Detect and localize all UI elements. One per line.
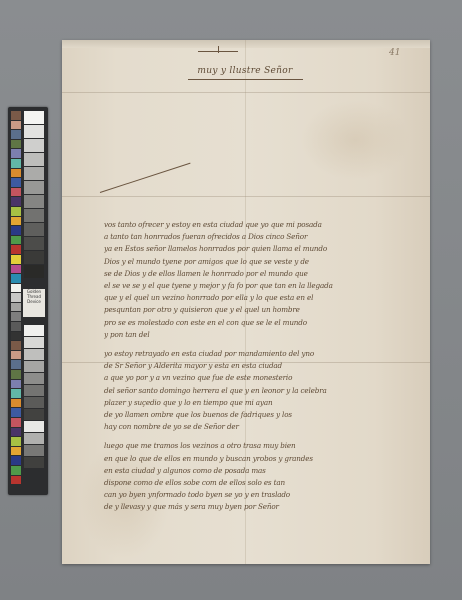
color-patch [11, 341, 21, 351]
gray-patch [24, 385, 44, 397]
gray-patch [24, 139, 44, 153]
color-patch [11, 293, 21, 303]
page-number: 41 [389, 48, 400, 58]
gray-patch [24, 195, 44, 209]
gray-patch [24, 181, 44, 195]
fold-line [62, 92, 430, 93]
gray-patch [24, 349, 44, 361]
text-line: luego que me tramos los vezinos a otro t… [104, 440, 409, 452]
color-patch [11, 332, 21, 342]
color-patch [11, 370, 21, 380]
color-calibration-target: Golden Thread Device [8, 107, 48, 495]
color-patch [11, 456, 21, 466]
color-patch [11, 188, 21, 198]
text-line: el se ve se y el que tyene y mejor y fa … [104, 280, 409, 292]
color-patch [11, 284, 21, 294]
heading-underline [188, 79, 303, 80]
text-line: en que lo que de ellos en mundo y buscan… [104, 453, 409, 465]
gray-patch [24, 361, 44, 373]
color-patch [11, 140, 21, 150]
gray-patch [24, 125, 44, 139]
color-patch [11, 178, 21, 188]
color-patch [11, 351, 21, 361]
color-patch [11, 255, 21, 265]
text-line: pro se es molestado con este en el con q… [104, 317, 409, 329]
text-line: a que yo por y a vn vezino que fue de es… [104, 372, 409, 384]
gray-patch [24, 265, 44, 279]
color-patch [11, 159, 21, 169]
text-line: a tanto tan honrrados fueran ofrecidos a… [104, 231, 409, 243]
paragraph-gap [104, 341, 409, 348]
color-patch [11, 428, 21, 438]
gray-patch [24, 223, 44, 237]
fold-line [62, 196, 430, 197]
gray-patch [24, 421, 44, 433]
color-patch [11, 169, 21, 179]
text-line: yo estoy retrayado en esta ciudad por ma… [104, 348, 409, 360]
gray-patch [24, 209, 44, 223]
color-patch [11, 130, 21, 140]
color-patch [11, 121, 21, 131]
text-line: del señor santo domingo herrera el que y… [104, 385, 409, 397]
color-patch [11, 245, 21, 255]
text-line: can yo byen ynformado todo byen se yo y … [104, 489, 409, 501]
gray-patch [24, 457, 44, 469]
color-patch [11, 437, 21, 447]
paper-stain [300, 100, 410, 180]
paragraph-2: yo estoy retrayado en esta ciudad por ma… [104, 348, 409, 433]
paper-top-edge [62, 40, 430, 48]
salutation-heading: muy y llustre Señor [180, 66, 310, 76]
gray-patch [24, 237, 44, 251]
color-patch-column [11, 111, 21, 485]
text-line: plazer y suçedio que y lo en tiempo que … [104, 397, 409, 409]
color-patch [11, 274, 21, 284]
color-patch [11, 149, 21, 159]
color-patch [11, 226, 21, 236]
target-label: Golden Thread Device [23, 289, 45, 317]
color-patch [11, 447, 21, 457]
color-patch [11, 380, 21, 390]
text-line: de Sr Señor y Alderita mayor y esta en e… [104, 360, 409, 372]
letter-body: vos tanto ofrecer y estoy en esta ciudad… [104, 219, 409, 514]
gray-patch [24, 445, 44, 457]
color-patch [11, 322, 21, 332]
color-patch [11, 303, 21, 313]
gray-patch [24, 251, 44, 265]
color-patch [11, 466, 21, 476]
text-line: en esta ciudad y algunos como de posada … [104, 465, 409, 477]
color-patch [11, 236, 21, 246]
color-patch [11, 197, 21, 207]
cross-mark [198, 46, 238, 54]
paragraph-3: luego que me tramos los vezinos a otro t… [104, 440, 409, 513]
text-line: y pon tan del [104, 329, 409, 341]
gray-patch [24, 373, 44, 385]
color-patch [11, 476, 21, 486]
paragraph-gap [104, 433, 409, 440]
color-patch [11, 312, 21, 322]
text-line: se de Dios y de ellos llamen le honrrado… [104, 268, 409, 280]
color-patch [11, 217, 21, 227]
text-line: de yo llamen ombre que los buenos de fad… [104, 409, 409, 421]
color-patch [11, 389, 21, 399]
gray-patch [24, 153, 44, 167]
text-line: dispone como de ellos sobe com de ellos … [104, 477, 409, 489]
text-line: pesquntan por otro y quisieron que y el … [104, 304, 409, 316]
gray-patch [24, 167, 44, 181]
target-label-line: Device [23, 299, 45, 304]
color-patch [11, 265, 21, 275]
text-line: hay con nombre de yo se de Señor der [104, 421, 409, 433]
text-line: Dios y el mundo tyene por amigos que lo … [104, 256, 409, 268]
color-patch [11, 408, 21, 418]
text-line: de y llevasy y que más y sera muy byen p… [104, 501, 409, 513]
text-line: vos tanto ofrecer y estoy en esta ciudad… [104, 219, 409, 231]
gray-patch [24, 409, 44, 421]
color-patch [11, 418, 21, 428]
gray-patch [24, 433, 44, 445]
color-patch [11, 399, 21, 409]
color-patch [11, 360, 21, 370]
gray-patch [24, 111, 44, 125]
text-line: que y el quel un vezino honrrado por ell… [104, 292, 409, 304]
color-patch [11, 111, 21, 121]
gray-patch [24, 397, 44, 409]
gray-patch [24, 325, 44, 337]
paragraph-1: vos tanto ofrecer y estoy en esta ciudad… [104, 219, 409, 341]
gray-patch [24, 337, 44, 349]
grayscale-patch-column-lower [24, 325, 44, 469]
text-line: ya en Estos señor llamelos honrrados por… [104, 243, 409, 255]
grayscale-patch-column [24, 111, 44, 279]
color-patch [11, 207, 21, 217]
